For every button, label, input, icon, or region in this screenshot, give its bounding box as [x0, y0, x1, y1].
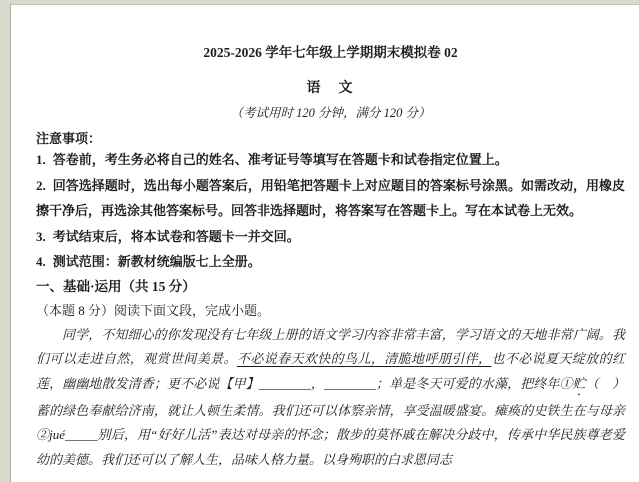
- notice-item-1: 1.答卷前，考生务必将自己的姓名、准考证号等填写在答题卡和试卷指定位置上。: [36, 147, 625, 173]
- notice-item-4: 4.测试范围：新教材统编版七上全册。: [36, 249, 625, 275]
- subject-title: 语 文: [36, 81, 625, 97]
- exam-paper-page: 2025-2026 学年七年级上学期期末模拟卷 02 语 文 （考试用时 120…: [10, 4, 639, 482]
- blank-line-2: ________: [324, 376, 376, 391]
- question-instruction: （本题 8 分）阅读下面文段，完成小题。: [36, 298, 625, 323]
- item-text: 考试结束后，将本试卷和答题卡一并交回。: [53, 229, 300, 244]
- item-number: 4.: [36, 254, 46, 269]
- paper-title: 2025-2026 学年七年级上学期期末模拟卷 02: [36, 45, 625, 61]
- item-number: 1.: [36, 152, 46, 167]
- section-heading: 一、基础·运用（共 15 分）: [36, 278, 625, 295]
- underlined-phrase: 不必说春天欢快的鸟儿，清脆地呼朋引伴，: [237, 351, 492, 366]
- blank-line-3: _____: [65, 427, 98, 442]
- notice-heading: 注意事项：: [36, 131, 625, 147]
- scope-label: 测试范围：: [53, 254, 118, 269]
- passage-text: ；单是冬天可爱的水藻，把终年①: [376, 376, 573, 391]
- passage-text: 别后，用“好好儿活”表达对母亲的怀念；散步的莫怀戚在解决分歧中，传承中华民族尊老…: [36, 427, 625, 467]
- notice-item-3: 3.考试结束后，将本试卷和答题卡一并交回。: [36, 224, 625, 250]
- item-text: 答卷前，考生务必将自己的姓名、准考证号等填写在答题卡和试卷指定位置上。: [53, 152, 508, 167]
- notice-section: 注意事项： 1.答卷前，考生务必将自己的姓名、准考证号等填写在答题卡和试卷指定位…: [36, 131, 625, 275]
- notice-item-2: 2.回答选择题时，选出每小题答案后，用铅笔把答题卡上对应题目的答案标号涂黑。如需…: [36, 173, 625, 224]
- item-text: 新教材统编版七上全册。: [118, 254, 261, 269]
- reading-passage: 同学，不知细心的你发现没有七年级上册的语文学习内容非常丰富，学习语文的天地非常广…: [36, 323, 625, 473]
- emphasized-char: 贮: [573, 376, 586, 391]
- exam-info: （考试用时 120 分钟，满分 120 分）: [36, 106, 625, 121]
- item-text: 回答选择题时，选出每小题答案后，用铅笔把答题卡上对应题目的答案标号涂黑。如需改动…: [36, 178, 625, 219]
- blank-line-1: ________: [259, 376, 311, 391]
- passage-comma: ，: [311, 376, 324, 391]
- item-number: 2.: [36, 178, 46, 193]
- item-number: 3.: [36, 229, 46, 244]
